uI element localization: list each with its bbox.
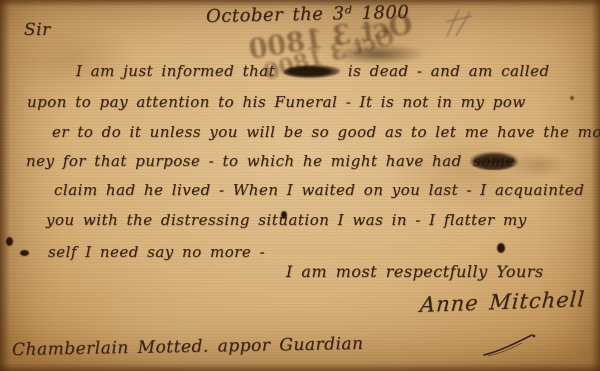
letter-line: er to do it unless you will be so good a… [52, 123, 600, 141]
letter-line: ney for that purpose - to which he might… [26, 152, 518, 170]
ink-spot [497, 243, 505, 253]
letter-line-text: is dead - and am called [348, 62, 550, 80]
paper-edge-right [591, 0, 600, 371]
letter-line: I am just informed that is dead - and am… [76, 62, 550, 80]
ink-spot [281, 211, 287, 219]
letter-line-text: ney for that purpose - to which he might… [26, 152, 470, 170]
letter-line-text: I am just informed that [76, 62, 275, 80]
letter-line: self I need say no more - [48, 243, 265, 261]
ink-spot [6, 237, 13, 246]
paper-edge-bottom [0, 363, 600, 371]
address-line: Chamberlain Motted. appor Guardian [12, 334, 364, 360]
obscured-name-blot [284, 65, 340, 78]
ink-spot [570, 96, 574, 100]
pen-flourish-icon [482, 333, 542, 357]
pencil-mark [446, 15, 472, 22]
letter-scan: Oct 3 1800 Oct 3 1800 October the 3ᵈ 180… [0, 0, 600, 371]
date-line: October the 3ᵈ 1800 [206, 2, 410, 27]
ink-smudge [330, 44, 425, 64]
paper-edge-left [0, 0, 10, 371]
signature: Anne Mitchell [419, 287, 586, 317]
letter-line: upon to pay attention to his Funeral - I… [27, 93, 526, 111]
closing-line: I am most respectfully Yours [286, 262, 544, 281]
struck-word: some [470, 152, 518, 170]
salutation: Sir [24, 20, 51, 40]
letter-line: claim had he lived - When I waited on yo… [54, 181, 584, 199]
ink-spot [20, 250, 29, 256]
